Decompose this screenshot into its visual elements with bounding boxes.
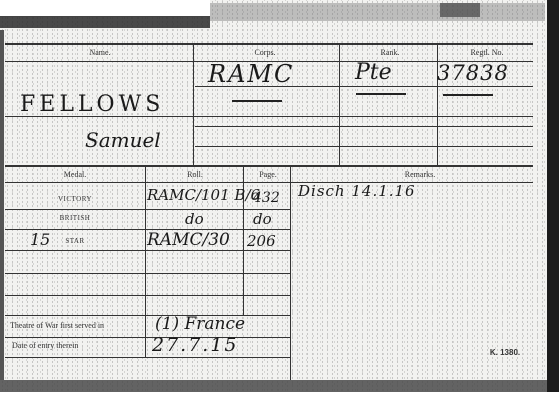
- theatre-label: Theatre of War first served in: [10, 321, 145, 330]
- page-victory: 432: [253, 190, 280, 206]
- rule-row3: [195, 126, 533, 127]
- rule-medal-header: [5, 182, 533, 183]
- rank-label: Rank.: [350, 48, 430, 57]
- rule-top: [5, 43, 533, 45]
- name-label: Name.: [60, 48, 140, 57]
- scan-bottom-shadow: [0, 380, 547, 392]
- scan-top-noise: [210, 3, 545, 21]
- scan-left-edge: [0, 30, 4, 380]
- remarks-label: Remarks.: [370, 170, 470, 179]
- vrule-medal-roll: [145, 166, 146, 358]
- date-label: Date of entry therein: [12, 341, 142, 350]
- corps-ditto-mark: [232, 100, 282, 102]
- rule-medal-row4: [5, 273, 290, 274]
- vrule-name-corps: [193, 44, 194, 166]
- medal-victory: VICTORY: [35, 195, 115, 203]
- medal-label: Medal.: [35, 170, 115, 179]
- rule-medal-row5: [5, 295, 290, 296]
- medal-british: BRITISH: [35, 214, 115, 222]
- regtl-ditto-mark: [443, 94, 493, 96]
- scan-bottom-margin: [0, 392, 559, 396]
- rule-medal-row6: [5, 315, 290, 316]
- page-british: do: [253, 210, 272, 228]
- regtl-no-value: 37838: [437, 61, 509, 85]
- regtl-no-label: Regtl. No.: [447, 48, 527, 57]
- medal-index-card: Name. Corps. Rank. Regtl. No. FELLOWS Sa…: [0, 0, 559, 396]
- scan-top-shadow: [0, 16, 210, 28]
- page-star: 206: [247, 232, 276, 250]
- vrule-page-remarks: [290, 166, 291, 380]
- rank-ditto-mark: [356, 93, 406, 95]
- vrule-corps-rank: [339, 44, 340, 166]
- rule-medal-row3: [5, 250, 290, 251]
- rule-section: [5, 165, 533, 167]
- medal-star: STAR: [55, 237, 95, 245]
- form-code: K. 1380.: [480, 348, 530, 357]
- medal-star-prefix: 15: [30, 230, 50, 249]
- surname-value: FELLOWS: [20, 92, 164, 117]
- rule-date: [5, 357, 290, 358]
- forename-value: Samuel: [85, 128, 161, 152]
- roll-victory: RAMC/101 B/6: [147, 186, 260, 204]
- roll-label: Roll.: [155, 170, 235, 179]
- date-value: 27.7.15: [152, 334, 239, 356]
- remarks-value: Disch 14.1.16: [298, 182, 416, 200]
- rule-theatre: [5, 337, 290, 338]
- theatre-value: (1) France: [155, 314, 245, 334]
- roll-british: do: [185, 210, 204, 228]
- rule-medal-row1: [5, 209, 290, 210]
- corps-label: Corps.: [225, 48, 305, 57]
- corps-value: RAMC: [208, 60, 294, 88]
- roll-star: RAMC/30: [147, 230, 230, 250]
- rank-value: Pte: [355, 60, 392, 85]
- rule-row4: [195, 146, 533, 147]
- scan-top-margin: [0, 0, 210, 17]
- scan-top-dark-patch: [440, 3, 480, 17]
- page-label: Page.: [246, 170, 290, 179]
- scan-right-edge: [547, 0, 559, 396]
